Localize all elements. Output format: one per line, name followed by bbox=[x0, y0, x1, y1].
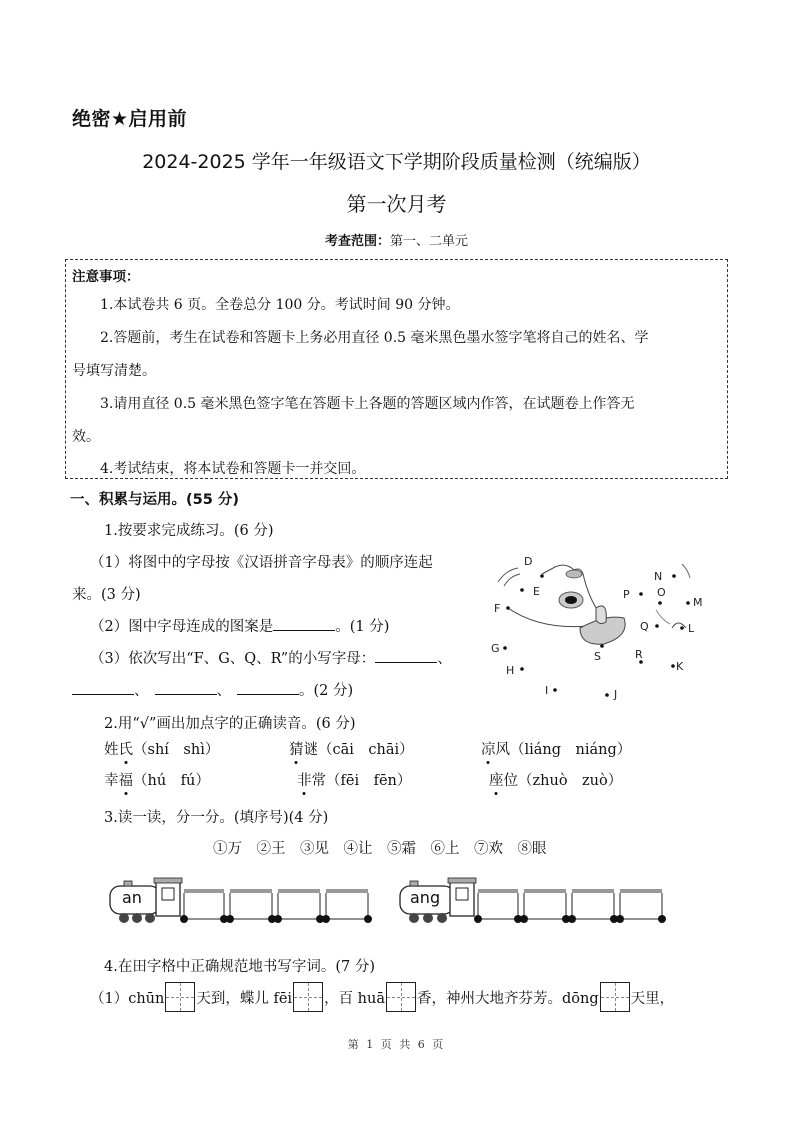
svg-text:E: E bbox=[533, 585, 540, 598]
pinyin-item: 猜谜（cāi chāi） bbox=[289, 738, 414, 759]
svg-text:Q: Q bbox=[640, 620, 649, 633]
answer-blank[interactable] bbox=[72, 680, 134, 695]
question-4-part-1: （1）chūn 天到，蝶儿 fēi ，百 huā 香，神州大地齐芬芳。dōng … bbox=[90, 982, 674, 1012]
section-heading: 一、积累与运用。(55 分) bbox=[70, 488, 239, 509]
notice-item: 号填写清楚。 bbox=[72, 360, 721, 380]
train-icon bbox=[396, 876, 696, 926]
svg-text:F: F bbox=[494, 602, 500, 615]
train-label: ang bbox=[410, 888, 440, 907]
answer-blank[interactable] bbox=[237, 680, 299, 695]
secret-label: 绝密★启用前 bbox=[72, 104, 187, 131]
exam-subtitle: 第一次月考 bbox=[0, 188, 793, 217]
pinyin-item: 非常（fēi fēn） bbox=[297, 769, 411, 790]
notice-heading: 注意事项： bbox=[72, 265, 140, 285]
character-list: ①万 ②王 ③见 ④让 ⑤霜 ⑥上 ⑦欢 ⑧眼 bbox=[213, 837, 547, 858]
notice-item: 1.本试卷共 6 页。全卷总分 100 分。考试时间 90 分钟。 bbox=[72, 294, 721, 314]
answer-blank[interactable] bbox=[273, 616, 335, 631]
pinyin-item: 幸福（hú fú） bbox=[104, 769, 210, 790]
scope-value: 第一、二单元 bbox=[390, 234, 468, 249]
notice-item: 3.请用直径 0.5 毫米黑色签字笔在答题卡上各题的答题区域内作答，在试题卷上作… bbox=[72, 393, 721, 413]
svg-text:G: G bbox=[491, 642, 500, 655]
tianzige-box[interactable] bbox=[293, 982, 323, 1012]
train-an: an bbox=[104, 876, 394, 926]
page-number: 第 1 页 共 6 页 bbox=[0, 1036, 793, 1052]
svg-text:K: K bbox=[676, 660, 684, 673]
notice-box: 注意事项： 1.本试卷共 6 页。全卷总分 100 分。考试时间 90 分钟。 … bbox=[65, 259, 728, 479]
notice-item: 效。 bbox=[72, 426, 721, 446]
notice-item: 4.考试结束，将本试卷和答题卡一并交回。 bbox=[72, 458, 721, 478]
question-3-title: 3.读一读，分一分。(填序号)(4 分) bbox=[104, 806, 328, 827]
exam-title: 2024-2025 学年一年级语文下学期阶段质量检测（统编版） bbox=[0, 147, 793, 174]
svg-text:M: M bbox=[693, 596, 703, 609]
fish-outline-icon: DEF GHI JKL MNO PQR S bbox=[480, 548, 710, 700]
question-2-title: 2.用“√”画出加点字的正确读音。(6 分) bbox=[104, 712, 356, 733]
svg-text:J: J bbox=[613, 688, 617, 700]
svg-text:H: H bbox=[506, 664, 514, 677]
question-4-title: 4.在田字格中正确规范地书写字词。(7 分) bbox=[104, 955, 375, 976]
train-label: an bbox=[122, 888, 142, 907]
question-1-part-3-cont: 、、。(2 分) bbox=[72, 679, 353, 700]
train-ang: ang bbox=[396, 876, 696, 926]
tianzige-box[interactable] bbox=[386, 982, 416, 1012]
answer-blank[interactable] bbox=[155, 680, 217, 695]
svg-text:D: D bbox=[524, 555, 532, 568]
svg-text:I: I bbox=[545, 684, 548, 697]
exam-scope: 考查范围：第一、二单元 bbox=[0, 230, 793, 249]
svg-text:L: L bbox=[688, 622, 695, 635]
svg-text:R: R bbox=[635, 648, 643, 661]
tianzige-box[interactable] bbox=[600, 982, 630, 1012]
scope-label: 考查范围： bbox=[325, 234, 390, 249]
question-1-part-1: （1）将图中的字母按《汉语拼音字母表》的顺序连起 bbox=[90, 551, 433, 572]
question-1-part-2: （2）图中字母连成的图案是。(1 分) bbox=[90, 615, 389, 636]
train-icon bbox=[104, 876, 394, 926]
answer-blank[interactable] bbox=[375, 648, 437, 663]
question-1-title: 1.按要求完成练习。(6 分) bbox=[104, 519, 273, 540]
notice-item: 2.答题前，考生在试卷和答题卡上务必用直径 0.5 毫米黑色墨水签字笔将自己的姓… bbox=[72, 327, 721, 347]
tianzige-box[interactable] bbox=[165, 982, 195, 1012]
question-1-part-1-cont: 来。(3 分) bbox=[72, 583, 141, 604]
connect-dots-figure: DEF GHI JKL MNO PQR S bbox=[480, 548, 710, 700]
svg-text:P: P bbox=[623, 588, 630, 601]
question-1-part-3: （3）依次写出“F、G、Q、R”的小写字母：、 bbox=[90, 647, 452, 668]
svg-text:N: N bbox=[654, 570, 662, 583]
pinyin-item: 姓氏（shí shì） bbox=[104, 738, 219, 759]
pinyin-item: 座位（zhuò zuò） bbox=[489, 769, 622, 790]
svg-text:S: S bbox=[594, 650, 601, 663]
pinyin-item: 凉风（liáng niáng） bbox=[481, 738, 631, 759]
svg-text:O: O bbox=[657, 586, 666, 599]
